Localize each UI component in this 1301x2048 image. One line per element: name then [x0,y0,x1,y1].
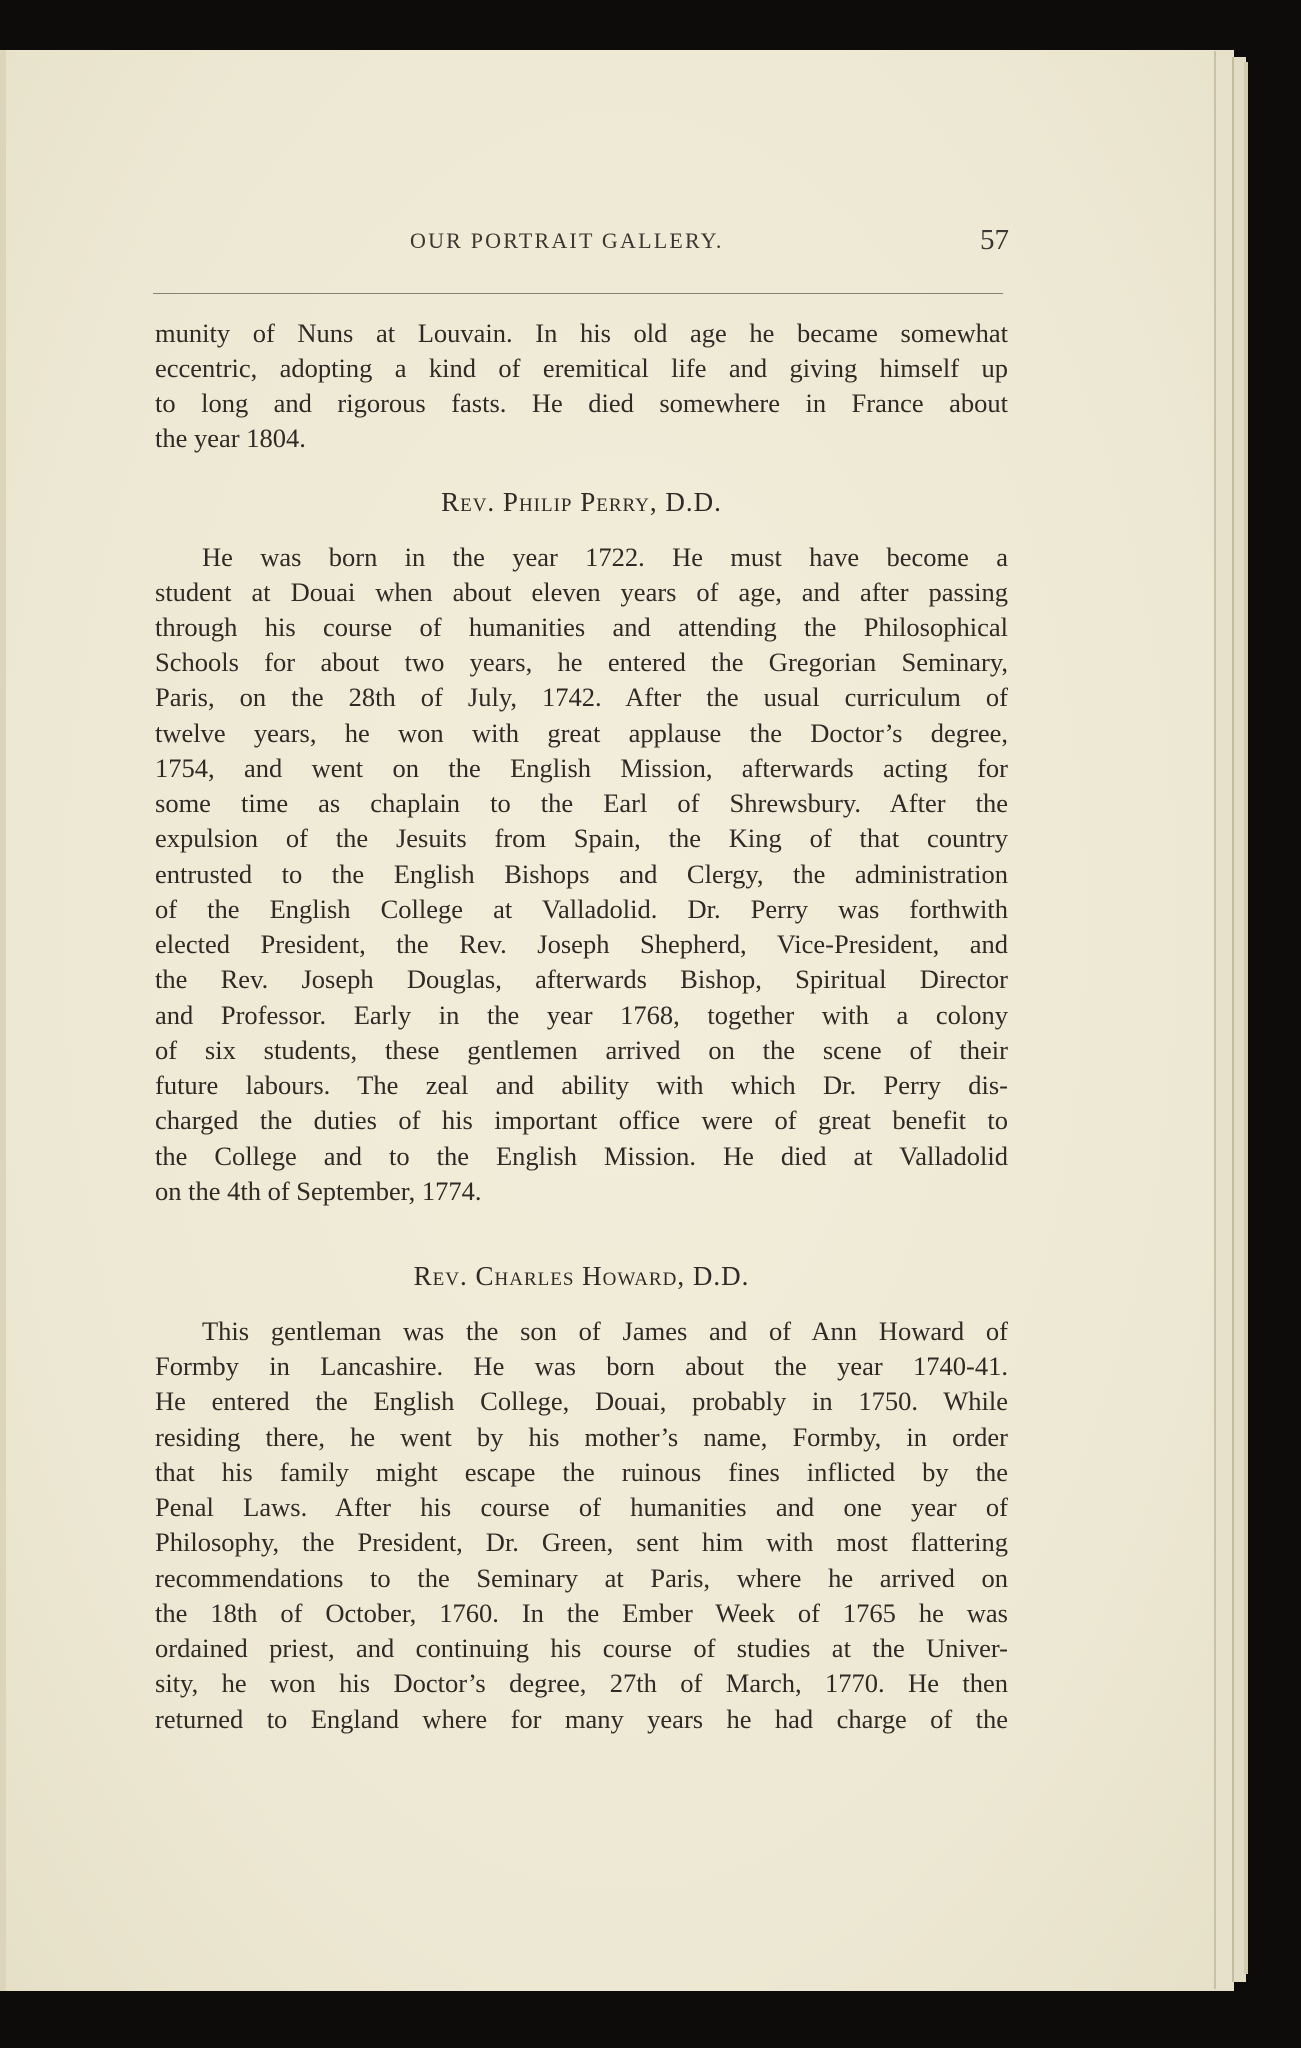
text-line: the Rev. Joseph Douglas, afterwards Bish… [155,962,1008,996]
text-line: expulsion of the Jesuits from Spain, the… [155,821,1008,855]
text-line: sity, he won his Doctor’s degree, 27th o… [155,1666,1008,1700]
text-line: Paris, on the 28th of July, 1742. After … [155,680,1008,714]
text-line: that his family might escape the ruinous… [155,1455,1008,1489]
text-line: munity of Nuns at Louvain. In his old ag… [155,316,1008,350]
section-heading: Rev. Charles Howard, D.D. [155,1261,1008,1292]
text-line: through his course of humanities and att… [155,610,1008,644]
text-line: entrusted to the English Bishops and Cle… [155,857,1008,891]
text-line: eccentric, adopting a kind of eremitical… [155,351,1008,385]
text-line: Formby in Lancashire. He was born about … [155,1349,1008,1383]
text-line: He was born in the year 1722. He must ha… [202,540,1008,574]
text-line: the College and to the English Mission. … [155,1139,1008,1173]
page-number: 57 [980,224,1009,257]
text-line: twelve years, he won with great applause… [155,716,1008,750]
text-line: future labours. The zeal and ability wit… [155,1068,1008,1102]
header-rule [153,293,1003,294]
text-line: student at Douai when about eleven years… [155,575,1008,609]
page-edge [1244,62,1248,1974]
text-line: recommendations to the Seminary at Paris… [155,1561,1008,1595]
text-line: the 18th of October, 1760. In the Ember … [155,1596,1008,1630]
text-line: Schools for about two years, he entered … [155,645,1008,679]
text-line: some time as chaplain to the Earl of Shr… [155,786,1008,820]
text-line: Philosophy, the President, Dr. Green, se… [155,1525,1008,1559]
text-line: charged the duties of his important offi… [155,1103,1008,1137]
text-line: of the English College at Valladolid. Dr… [155,892,1008,926]
text-line: residing there, he went by his mother’s … [155,1420,1008,1454]
section-heading: Rev. Philip Perry, D.D. [155,487,1008,518]
text-line: to long and rigorous fasts. He died some… [155,386,1008,420]
text-line: ordained priest, and continuing his cour… [155,1631,1008,1665]
text-line: 1754, and went on the English Mission, a… [155,751,1008,785]
text-line: returned to England where for many years… [155,1702,1008,1736]
text-line: Penal Laws. After his course of humaniti… [155,1490,1008,1524]
text-line: This gentleman was the son of James and … [202,1314,1008,1348]
running-head-title: OUR PORTRAIT GALLERY. [410,228,724,254]
text-line: of six students, these gentlemen arrived… [155,1033,1008,1067]
text-line: on the 4th of September, 1774. [155,1174,1008,1208]
text-line: elected President, the Rev. Joseph Sheph… [155,927,1008,961]
text-line: and Professor. Early in the year 1768, t… [155,998,1008,1032]
text-line: He entered the English College, Douai, p… [155,1384,1008,1418]
text-line: the year 1804. [155,421,1008,455]
page-edge [1214,51,1234,1989]
